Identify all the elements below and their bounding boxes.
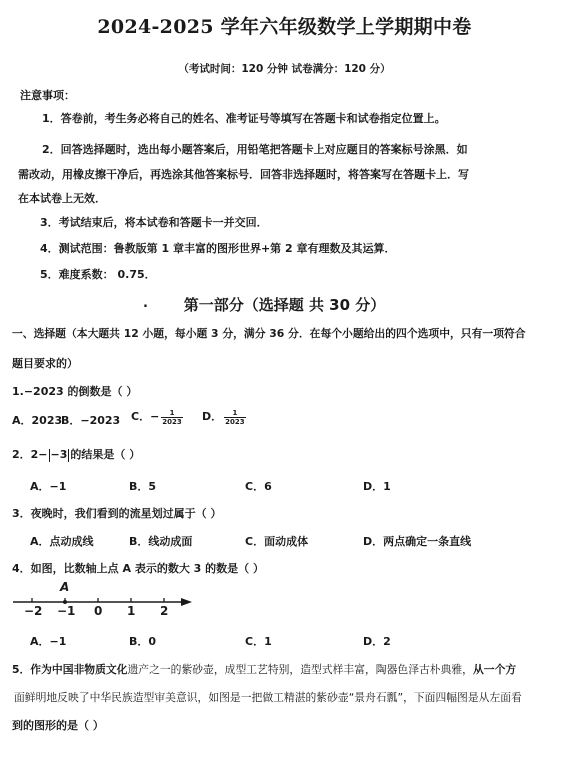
question-3-option-c: C．面动成体 [245,533,308,549]
question-5-stem-bold-end: 从一个方 [473,663,516,676]
question-2-stem-prefix: 2．2− [12,448,48,461]
fraction: 12023 [224,409,245,426]
note-item-5: 5．难度系数： 0.75． [40,266,156,282]
question-2-stem: 2．2−−3的结果是（ ） [12,446,140,462]
note-item-3: 3．考试结束后，将本试卷和答题卡一并交回． [40,214,268,230]
question-2-option-b: B．5 [129,478,156,494]
numerator: 1 [161,409,182,418]
section-title: 第一部分（选择题 共 30 分） [0,294,569,315]
question-5-stem-line-1: 5．作为中国非物质文化遗产之一的紫砂壶，成型工艺特别，造型式样丰富，陶器色泽古朴… [12,662,516,677]
note-item-2-end: 在本试卷上无效． [18,190,106,206]
question-4-option-d: D．2 [363,633,391,649]
section-instructions: 一、选择题（本大题共 12 小题，每小题 3 分，满分 36 分．在每个小题给出… [12,326,526,341]
fraction: 12023 [161,409,182,426]
question-2-option-a: A．−1 [30,478,66,494]
note-item-2-cont: 需改动，用橡皮擦干净后，再选涂其他答案标号．回答非选择题时，将答案写在答题卡上．… [18,166,469,182]
question-3-option-d: D．两点确定一条直线 [363,533,471,549]
question-1-stem: 1.−2023 的倒数是（ ） [12,383,137,399]
question-3-option-b: B．线动成面 [129,533,192,549]
question-2-abs-value: −3 [51,448,68,461]
number-line-tick-3: 0 [94,604,102,618]
question-4-stem: 4．如图，比数轴上点 A 表示的数大 3 的数是（ ） [12,560,264,576]
abs-bar-left [49,449,50,462]
question-1-option-d: D．12023 [202,408,246,426]
question-3-option-a: A．点动成线 [30,533,94,549]
number-line-tick-1: −2 [24,604,42,618]
note-item-4: 4．测试范围：鲁教版第 1 章丰富的图形世界+第 2 章有理数及其运算． [40,240,396,256]
question-5-stem-normal: 遗产之一的紫砂壶，成型工艺特别，造型式样丰富，陶器色泽古朴典雅， [127,663,473,676]
question-2-stem-suffix: 的结果是（ ） [70,448,140,461]
question-1-option-a: A．2023 [12,412,62,428]
notes-heading: 注意事项： [20,87,75,103]
question-5-stem-bold: 5．作为中国非物质文化 [12,663,127,676]
number-line-tick-5: 2 [160,604,168,618]
number-line-point-label: A [60,580,69,594]
question-1-option-c-label: C．− [131,410,159,423]
denominator: 2023 [224,418,245,426]
question-5-stem-line-2: 面鲜明地反映了中华民族造型审美意识，如图是一把做工精湛的紫砂壶“景舟石瓢”，下面… [14,690,522,705]
question-5-stem-line-3: 到的图形的是（ ） [12,717,104,733]
arrow-head-icon [181,598,192,606]
numerator: 1 [224,409,245,418]
question-4-option-a: A．−1 [30,633,66,649]
question-2-option-d: D．1 [363,478,391,494]
exam-title: 2024-2025 学年六年级数学上学期期中卷 [0,12,569,39]
question-2-option-c: C．6 [245,478,272,494]
note-item-1: 1．答卷前，考生务必将自己的姓名、准考证号等填写在答题卡和试卷指定位置上。 [42,110,446,126]
question-1-option-c: C．−12023 [131,408,183,426]
denominator: 2023 [161,418,182,426]
question-4-option-b: B．0 [129,633,156,649]
note-item-2: 2．回答选择题时，选出每小题答案后，用铅笔把答题卡上对应题目的答案标号涂黑．如 [42,141,468,157]
number-line-tick-2: −1 [57,604,75,618]
number-line-tick-4: 1 [127,604,135,618]
exam-subtitle: （考试时间：120 分钟 试卷满分：120 分） [0,61,569,76]
question-3-stem: 3．夜晚时，我们看到的流星划过属于（ ） [12,505,221,521]
question-1-option-b: B．−2023 [61,412,120,428]
question-1-option-d-label: D． [202,410,222,423]
question-4-option-c: C．1 [245,633,272,649]
section-instructions-cont: 题目要求的） [12,355,78,371]
